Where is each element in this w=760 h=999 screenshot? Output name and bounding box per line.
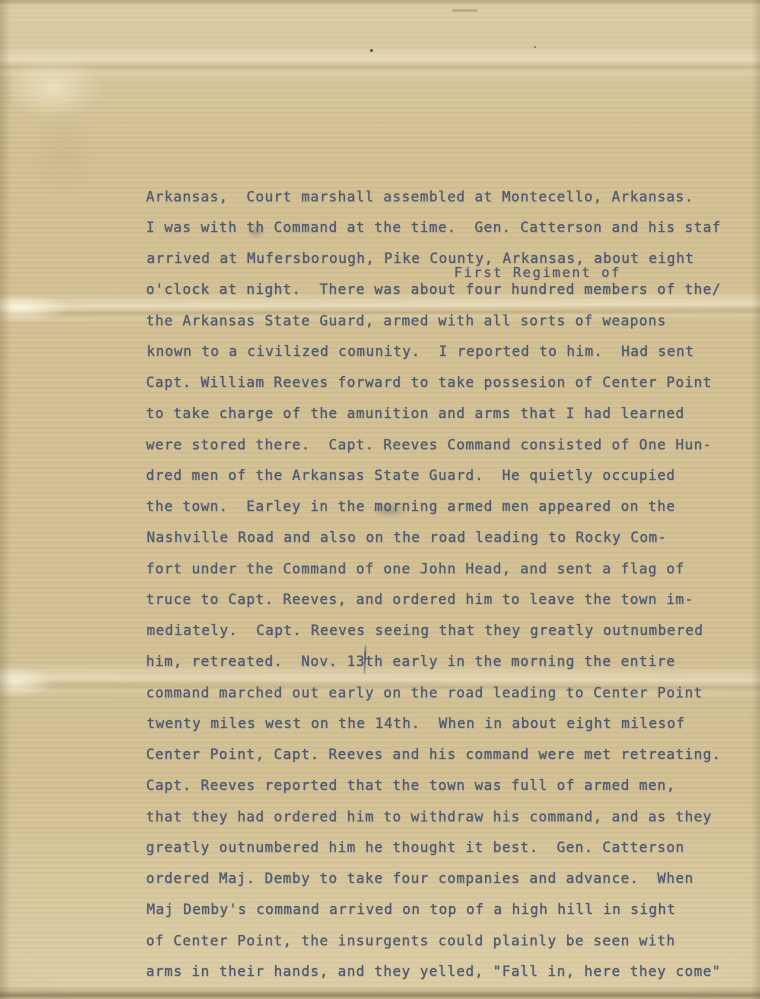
text-line: to take charge of the amunition and arms… [146,399,746,430]
text-line: fort under the Command of one John Head,… [146,554,746,585]
text-line: the Arkansas State Guard, armed with all… [146,306,746,337]
inserted-text-line: First Regiment of [454,265,621,281]
wrinkle-highlight-mid-left [0,294,70,322]
text-line: Maj Demby's command arrived on top of a … [147,895,747,926]
text-line: the town. Earley in the morning armed me… [146,492,746,523]
wrinkle-highlight-low-left [0,666,56,698]
text-line: ordered Maj. Demby to take four companie… [146,864,746,895]
text-line: Center Point, Capt. Reeves and his comma… [146,740,746,771]
text-line: greatly outnumbered him he thought it be… [146,833,746,864]
text-line: of Center Point, the insurgents could pl… [146,926,746,957]
wrinkle-top-left-shadow [28,110,98,200]
text-line: arrived at Mufersborough, Pike County, A… [147,244,747,275]
text-line: o'clock at night. There was about four h… [146,275,746,306]
text-line: dred men of the Arkansas State Guard. He… [146,461,746,492]
text-line: mediately. Capt. Reeves seeing that they… [147,616,747,647]
paper-top-edge-shadow [0,0,760,6]
wrinkle-top-left-light [12,58,102,118]
text-line: arms in their hands, and they yelled, "F… [146,957,746,988]
ink-speck [370,49,373,52]
text-line: command marched out early on the road le… [146,678,746,709]
text-line: were stored there. Capt. Reeves Command … [146,430,746,461]
document-page: Arkansas, Court marshall assembled at Mo… [0,0,760,999]
typewritten-text-block: Arkansas, Court marshall assembled at Mo… [146,182,746,988]
fold-crease-top [0,46,760,80]
text-line: Capt. William Reeves forward to take pos… [146,368,746,399]
text-line: Capt. Reeves reported that the town was … [146,771,746,802]
text-line: Arkansas, Court marshall assembled at Mo… [146,182,746,213]
text-line: twenty miles west on the 14th. When in a… [147,709,747,740]
text-line: I was with th Command at the time. Gen. … [146,213,746,244]
text-line: Nashville Road and also on the road lead… [147,523,747,554]
faint-mark-top-right [452,9,478,12]
text-line: him, retreated. Nov. 13th early in the m… [146,647,746,678]
paper-right-edge-shadow [751,0,760,999]
text-line: that they had ordered him to withdraw hi… [146,802,746,833]
text-line: truce to Capt. Reeves, and ordered him t… [146,585,746,616]
text-line: known to a civilized comunity. I reporte… [147,337,747,368]
paper-left-edge-shadow [0,0,11,999]
ink-speck [534,46,536,48]
